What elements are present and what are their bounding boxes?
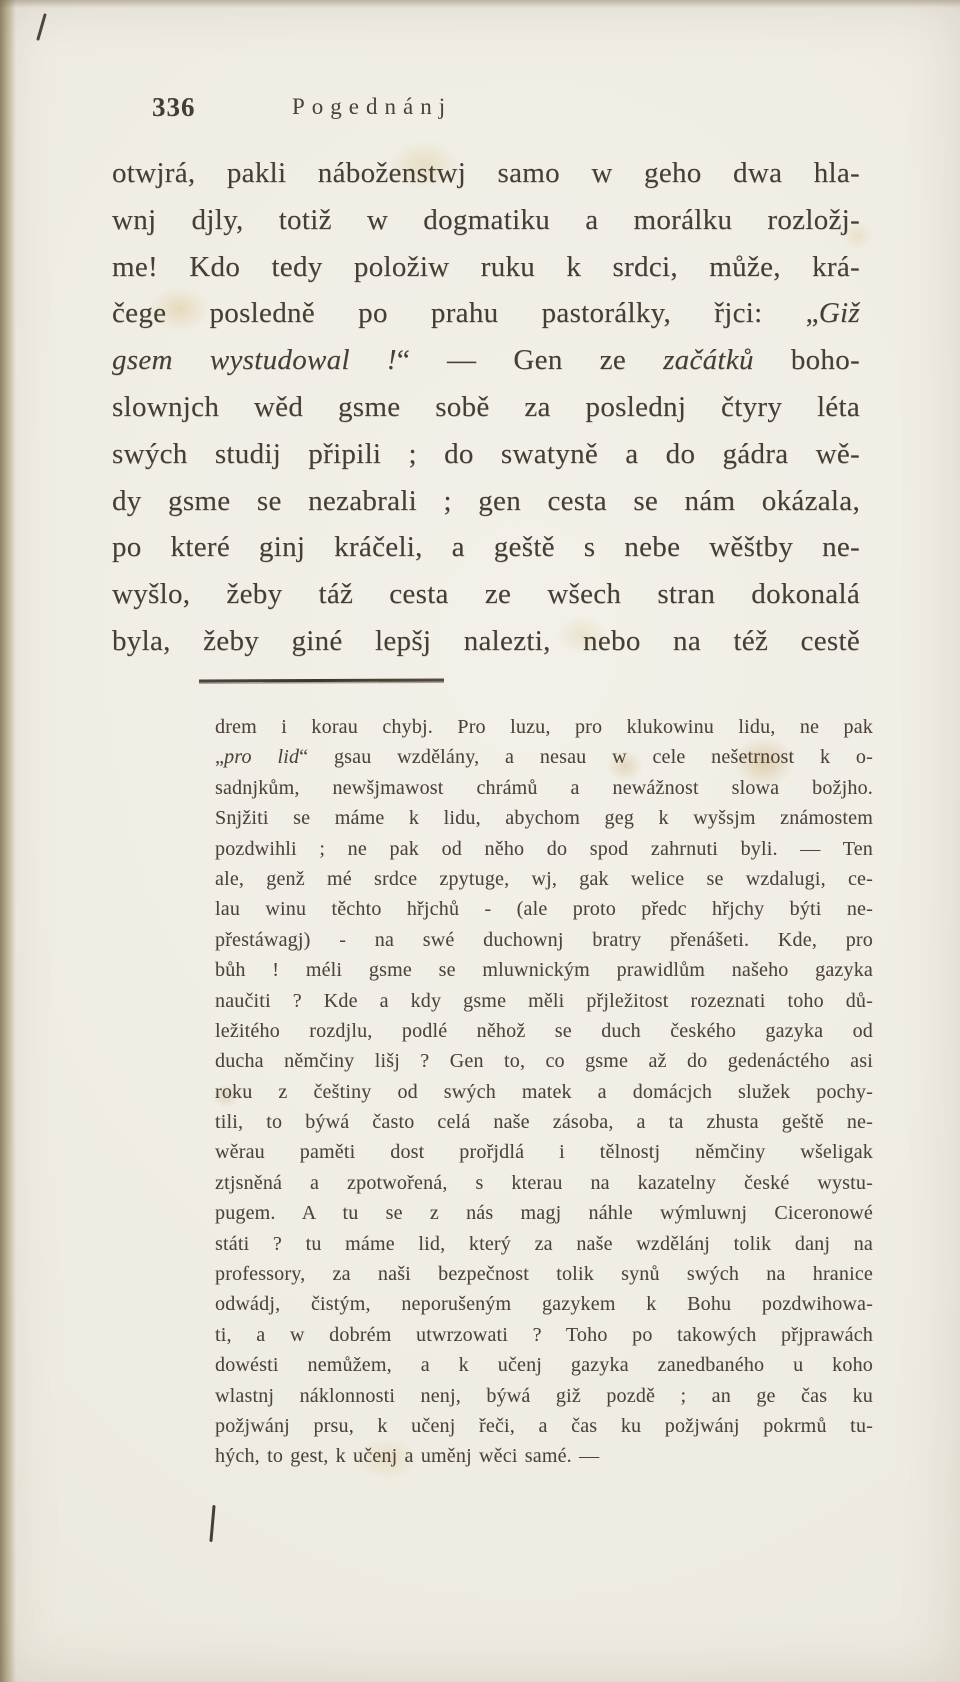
text-segment: “ gsau wzdělány, a nesau w cele nešetrno… bbox=[299, 746, 873, 768]
text-segment: po které ginj kráčeli, a geště s nebe wě… bbox=[112, 531, 860, 563]
body-line: byla, žeby giné lepšj nalezti, nebo na t… bbox=[112, 618, 860, 665]
text-segment: ležitého rozdjlu, podlé něhož se duch če… bbox=[215, 1020, 873, 1042]
text-segment-italic: gsem wystudowal ! bbox=[112, 344, 397, 376]
footnote-line: hých, to gest, k učenj a uměnj wěci samé… bbox=[215, 1441, 873, 1471]
text-segment: přestáwagj) - na swé duchownj bratry pře… bbox=[215, 929, 873, 951]
text-segment: boho- bbox=[754, 344, 860, 376]
text-segment: hých, to gest, k učenj a uměnj wěci samé… bbox=[215, 1445, 599, 1467]
text-segment: naučiti ? Kde a kdy gsme měli přjležitos… bbox=[215, 990, 873, 1012]
text-segment: roku z češtiny od swých matek a domácjch… bbox=[215, 1081, 873, 1103]
page-header: 336 Pogednánj bbox=[112, 92, 860, 128]
text-segment: slownjch wěd gsme sobě za poslednj čtyry… bbox=[112, 391, 860, 423]
text-segment: dowésti nemůžem, a k učenj gazyka zanedb… bbox=[215, 1354, 873, 1376]
book-page-scan: 336 Pogednánj otwjrá, pakli náboženstwj … bbox=[0, 0, 960, 1682]
footnote-line: pozdwihli ; ne pak od něho do spod zahrn… bbox=[215, 834, 873, 864]
footnote-line: sadnjkům, newšjmawost chrámů a newážnost… bbox=[215, 773, 873, 803]
footnote-line: „pro lid“ gsau wzdělány, a nesau w cele … bbox=[215, 742, 873, 772]
footnote-line: wlastnj náklonnosti nenj, býwá giž pozdě… bbox=[215, 1381, 873, 1411]
text-segment: pozdwihli ; ne pak od něho do spod zahrn… bbox=[215, 838, 873, 860]
footnote-line: ležitého rozdjlu, podlé něhož se duch če… bbox=[215, 1016, 873, 1046]
body-line: otwjrá, pakli náboženstwj samo w geho dw… bbox=[112, 150, 860, 197]
page-left-edge-shadow bbox=[0, 0, 16, 1682]
text-segment: ale, genž mé srdce zpytuge, wj, gak weli… bbox=[215, 868, 873, 890]
footnote-line: lau winu těchto hřjchů - (ale proto před… bbox=[215, 894, 873, 924]
text-segment: byla, žeby giné lepšj nalezti, nebo na t… bbox=[112, 625, 860, 657]
text-segment: wnj djly, totiž w dogmatiku a morálku ro… bbox=[112, 204, 860, 236]
footnote-line: bůh ! méli gsme se mluwnickým prawidlům … bbox=[215, 955, 873, 985]
footnote-line: ale, genž mé srdce zpytuge, wj, gak weli… bbox=[215, 864, 873, 894]
text-segment: bůh ! méli gsme se mluwnickým prawidlům … bbox=[215, 959, 873, 981]
text-segment-italic: pro lid bbox=[224, 746, 299, 768]
text-segment: „ bbox=[215, 746, 224, 768]
footnote-line: ztjsněná a zpotwořená, s kterau na kazat… bbox=[215, 1168, 873, 1198]
text-segment: tili, to býwá často celá naše zásoba, a … bbox=[215, 1111, 873, 1133]
text-segment-italic: Giž bbox=[819, 297, 860, 329]
text-segment: pugem. A tu se z nás magj náhle wýmluwnj… bbox=[215, 1202, 873, 1224]
footnote-line: naučiti ? Kde a kdy gsme měli přjležitos… bbox=[215, 986, 873, 1016]
body-line: wyšlo, žeby táž cesta ze wšech stran dok… bbox=[112, 571, 860, 618]
text-segment: me! Kdo tedy položiw ruku k srdci, může,… bbox=[112, 251, 860, 283]
text-segment: wěrau paměti dost prořjdlá i tělnostj ně… bbox=[215, 1141, 873, 1163]
body-line: swých studij připili ; do swatyně a do g… bbox=[112, 431, 860, 478]
footnote-line: požjwánj prsu, k učenj řeči, a čas ku po… bbox=[215, 1411, 873, 1441]
body-line: wnj djly, totiž w dogmatiku a morálku ro… bbox=[112, 197, 860, 244]
footnote-line: státi ? tu máme lid, který za naše wzděl… bbox=[215, 1229, 873, 1259]
text-segment: sadnjkům, newšjmawost chrámů a newážnost… bbox=[215, 777, 873, 799]
body-line: po které ginj kráčeli, a geště s nebe wě… bbox=[112, 524, 860, 571]
body-line: čege posledně po prahu pastorálky, řjci:… bbox=[112, 290, 860, 337]
footnote-line: wěrau paměti dost prořjdlá i tělnostj ně… bbox=[215, 1137, 873, 1167]
footnote-line: Snjžiti se máme k lidu, abychom geg k wy… bbox=[215, 803, 873, 833]
footnote-line: přestáwagj) - na swé duchownj bratry pře… bbox=[215, 925, 873, 955]
body-line: dy gsme se nezabrali ; gen cesta se nám … bbox=[112, 478, 860, 525]
text-segment: lau winu těchto hřjchů - (ale proto před… bbox=[215, 898, 873, 920]
text-segment: swých studij připili ; do swatyně a do g… bbox=[112, 438, 860, 470]
footnote-line: roku z češtiny od swých matek a domácjch… bbox=[215, 1077, 873, 1107]
text-segment: čege posledně po prahu pastorálky, řjci:… bbox=[112, 297, 819, 329]
text-segment: požjwánj prsu, k učenj řeči, a čas ku po… bbox=[215, 1415, 873, 1437]
text-segment: otwjrá, pakli náboženstwj samo w geho dw… bbox=[112, 157, 860, 189]
text-segment: drem i korau chybj. Pro luzu, pro klukow… bbox=[215, 716, 873, 738]
text-segment-italic: začátků bbox=[663, 344, 754, 376]
footnote-block: drem i korau chybj. Pro luzu, pro klukow… bbox=[215, 712, 873, 1472]
body-line: me! Kdo tedy položiw ruku k srdci, může,… bbox=[112, 244, 860, 291]
footnote-line: pugem. A tu se z nás magj náhle wýmluwnj… bbox=[215, 1198, 873, 1228]
footnote-line: ti, a w dobrém utwrzowati ? Toho po tako… bbox=[215, 1320, 873, 1350]
running-title: Pogednánj bbox=[292, 94, 452, 120]
footnote-line: ducha němčiny lišj ? Gen to, co gsme až … bbox=[215, 1046, 873, 1076]
main-text-block: otwjrá, pakli náboženstwj samo w geho dw… bbox=[112, 150, 860, 665]
text-segment: státi ? tu máme lid, který za naše wzděl… bbox=[215, 1233, 873, 1255]
footnote-line: professory, za naši bezpečnost tolik syn… bbox=[215, 1259, 873, 1289]
text-segment: “ — Gen ze bbox=[397, 344, 663, 376]
pen-mark-top-left bbox=[36, 13, 47, 41]
body-line: slownjch wěd gsme sobě za poslednj čtyry… bbox=[112, 384, 860, 431]
text-segment: wlastnj náklonnosti nenj, býwá giž pozdě… bbox=[215, 1385, 873, 1407]
page-number: 336 bbox=[152, 92, 196, 123]
text-segment: ti, a w dobrém utwrzowati ? Toho po tako… bbox=[215, 1324, 873, 1346]
text-segment: Snjžiti se máme k lidu, abychom geg k wy… bbox=[215, 807, 873, 829]
pen-mark-bottom-left bbox=[209, 1505, 215, 1542]
footnote-line: drem i korau chybj. Pro luzu, pro klukow… bbox=[215, 712, 873, 742]
text-segment: ducha němčiny lišj ? Gen to, co gsme až … bbox=[215, 1050, 873, 1072]
footnote-line: odwádj, čistým, neporušeným gazykem k Bo… bbox=[215, 1289, 873, 1319]
page-top-edge-shadow bbox=[0, 0, 960, 8]
body-line: gsem wystudowal !“ — Gen ze začátků boho… bbox=[112, 337, 860, 384]
text-segment: professory, za naši bezpečnost tolik syn… bbox=[215, 1263, 873, 1285]
text-segment: ztjsněná a zpotwořená, s kterau na kazat… bbox=[215, 1172, 873, 1194]
text-segment: odwádj, čistým, neporušeným gazykem k Bo… bbox=[215, 1293, 873, 1315]
footnote-line: dowésti nemůžem, a k učenj gazyka zanedb… bbox=[215, 1350, 873, 1380]
text-segment: wyšlo, žeby táž cesta ze wšech stran dok… bbox=[112, 578, 860, 610]
footnote-line: tili, to býwá často celá naše zásoba, a … bbox=[215, 1107, 873, 1137]
footnote-separator-rule bbox=[199, 678, 444, 682]
text-segment: dy gsme se nezabrali ; gen cesta se nám … bbox=[112, 485, 860, 517]
